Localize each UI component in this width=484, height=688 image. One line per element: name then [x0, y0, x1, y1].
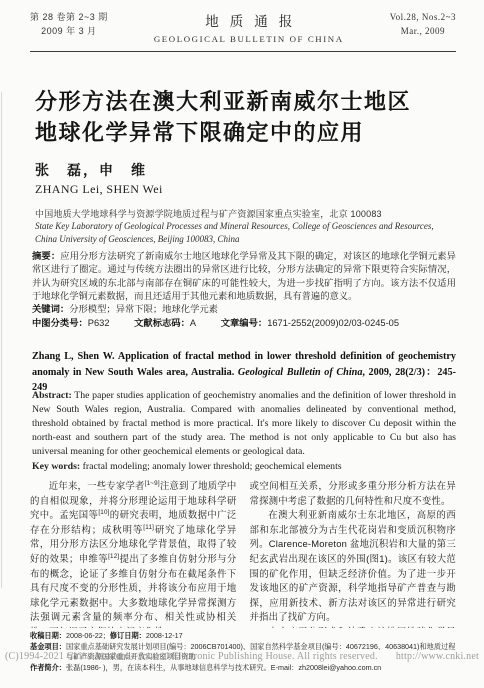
document-code-value: A — [190, 318, 196, 328]
document-code: 文献标志码：A — [134, 318, 196, 328]
footnote-author-bio: 作者简介：张磊(1986- )，男，在读本科生，从事地球信息科学与技术研究。E-… — [30, 663, 456, 674]
article-title: 分形方法在澳大利亚新南威尔士地区 地球化学异常下限确定中的应用 — [35, 86, 411, 148]
abstract-en-block: Abstract: The paper studies application … — [32, 389, 456, 475]
keywords-cn-text: 分形模型；异常下限；地球化学元素 — [69, 304, 218, 314]
document-code-label: 文献标志码： — [134, 318, 190, 328]
abstract-en: Abstract: The paper studies application … — [32, 389, 456, 459]
citation-ref-2: [11] — [143, 524, 154, 531]
citation-ref-3: [12] — [108, 553, 119, 560]
article-id: 文章编号：1671-2552(2009)02/03-0245-05 — [221, 318, 399, 328]
keywords-en: Key words: fractal modeling; anomaly low… — [32, 460, 456, 474]
clc-number-label: 中图分类号： — [32, 318, 88, 328]
journal-issue-cn: 第 28 卷第 2~3 期 2009 年 3 月 — [30, 10, 108, 38]
revised-date-label: 修订日期： — [110, 631, 146, 640]
article-id-label: 文章编号： — [221, 318, 268, 328]
journal-date-cn: 2009 年 3 月 — [30, 24, 108, 38]
abstract-cn-label: 摘要： — [32, 251, 60, 261]
authors-cn: 张 磊，申 维 — [35, 160, 147, 180]
journal-date-en: Mar., 2009 — [390, 24, 456, 38]
journal-issue-en: Vol.28, Nos.2~3 Mar., 2009 — [390, 10, 456, 38]
received-date-value: 2008-06-22； — [66, 631, 110, 640]
funding-label: 基金项目： — [30, 642, 66, 651]
journal-volume-en: Vol.28, Nos.2~3 — [390, 10, 456, 24]
cnki-watermark: (C)1994-2021 China Academic Journal Elec… — [5, 651, 479, 662]
keywords-cn: 关键词：分形模型；异常下限；地球化学元素 — [32, 303, 456, 316]
keywords-en-label: Key words: — [32, 461, 80, 472]
author-bio-label: 作者简介： — [30, 663, 66, 672]
keywords-en-text: fractal modeling; anomaly lower threshol… — [83, 461, 342, 472]
citation-ref-1: [10] — [98, 509, 109, 516]
journal-title-block: 地质通报 GEOLOGICAL BULLETIN OF CHINA — [154, 10, 344, 44]
journal-header: 第 28 卷第 2~3 期 2009 年 3 月 地质通报 GEOLOGICAL… — [30, 10, 456, 52]
intro-seg0: 近年来，一些专家学者 — [49, 480, 145, 491]
citation-journal-name: Geological Bulletin of China — [238, 367, 363, 378]
footnote-dates: 收稿日期：2008-06-22；修订日期：2008-12-17 — [30, 631, 456, 642]
article-title-line2: 地球化学异常下限确定中的应用 — [35, 117, 411, 148]
article-id-value: 1671-2552(2009)02/03-0245-05 — [267, 318, 399, 328]
intro-paragraph: 近年来，一些专家学者[1~9]注意到了地质学中的自相似现象，并将分形理论运用于地… — [30, 479, 237, 640]
paper-page: 第 28 卷第 2~3 期 2009 年 3 月 地质通报 GEOLOGICAL… — [0, 0, 484, 688]
citation-ref-0: [1~9] — [145, 480, 160, 487]
abstract-cn: 摘要：应用分形方法研究了新南威尔士地区地球化学异常及其下限的确定，对该区的地球化… — [32, 250, 456, 303]
journal-volume-cn: 第 28 卷第 2~3 期 — [30, 10, 108, 24]
affiliation-en-line1: State Key Laboratory of Geological Proce… — [35, 220, 434, 233]
watermark-url: http://www.cnki.net — [396, 651, 479, 662]
affiliation-cn: 中国地质大学地球科学与资源学院地质过程与矿产资源国家重点实验室，北京 10008… — [35, 207, 382, 220]
affiliation-en: State Key Laboratory of Geological Proce… — [35, 220, 434, 246]
abstract-en-label: Abstract: — [32, 390, 72, 401]
journal-title-cn: 地质通报 — [154, 10, 344, 30]
abstract-cn-block: 摘要：应用分形方法研究了新南威尔士地区地球化学异常及其下限的确定，对该区的地球化… — [32, 250, 456, 331]
journal-title-en: GEOLOGICAL BULLETIN OF CHINA — [154, 34, 344, 44]
abstract-cn-text: 应用分形方法研究了新南威尔士地区地球化学异常及其下限的确定，对该区的地球化学铜元… — [32, 251, 456, 301]
watermark-copyright: (C)1994-2021 China Academic Journal Elec… — [5, 651, 378, 662]
scan-edge-artifact — [1, 92, 2, 588]
author-bio-value: 张磊(1986- )，男，在读本科生，从事地球信息科学与技术研究。E-mail：… — [66, 663, 381, 672]
keywords-cn-label: 关键词： — [32, 304, 69, 314]
body-paragraph-study-area: 在澳大利亚新南威尔士东北地区，高原的西部和东北部被分为古生代花岗岩和变质沉积物序… — [250, 508, 457, 625]
article-title-line1: 分形方法在澳大利亚新南威尔士地区 — [35, 86, 411, 117]
clc-line: 中图分类号：P632 文献标志码：A 文章编号：1671-2552(2009)0… — [32, 317, 456, 330]
intro-seg4: 提出了多维自仿射分形与分布的概念，论证了多维自仿射分布在截尾条件下具有尺度不变的… — [30, 553, 237, 637]
authors-en: ZHANG Lei, SHEN Wei — [35, 182, 163, 197]
abstract-en-text: The paper studies application of geochem… — [32, 390, 456, 457]
received-date-label: 收稿日期： — [30, 631, 66, 640]
clc-number-value: P632 — [88, 318, 110, 328]
body-paragraph-continuation: 或空间相互关系，分形或多重分形分析方法在异常探测中考虑了数据的几何特性和尺度不变… — [250, 479, 457, 508]
revised-date-value: 2008-12-17 — [146, 631, 183, 640]
affiliation-en-line2: China University of Geosciences, Beijing… — [35, 233, 434, 246]
clc-number: 中图分类号：P632 — [32, 318, 110, 328]
